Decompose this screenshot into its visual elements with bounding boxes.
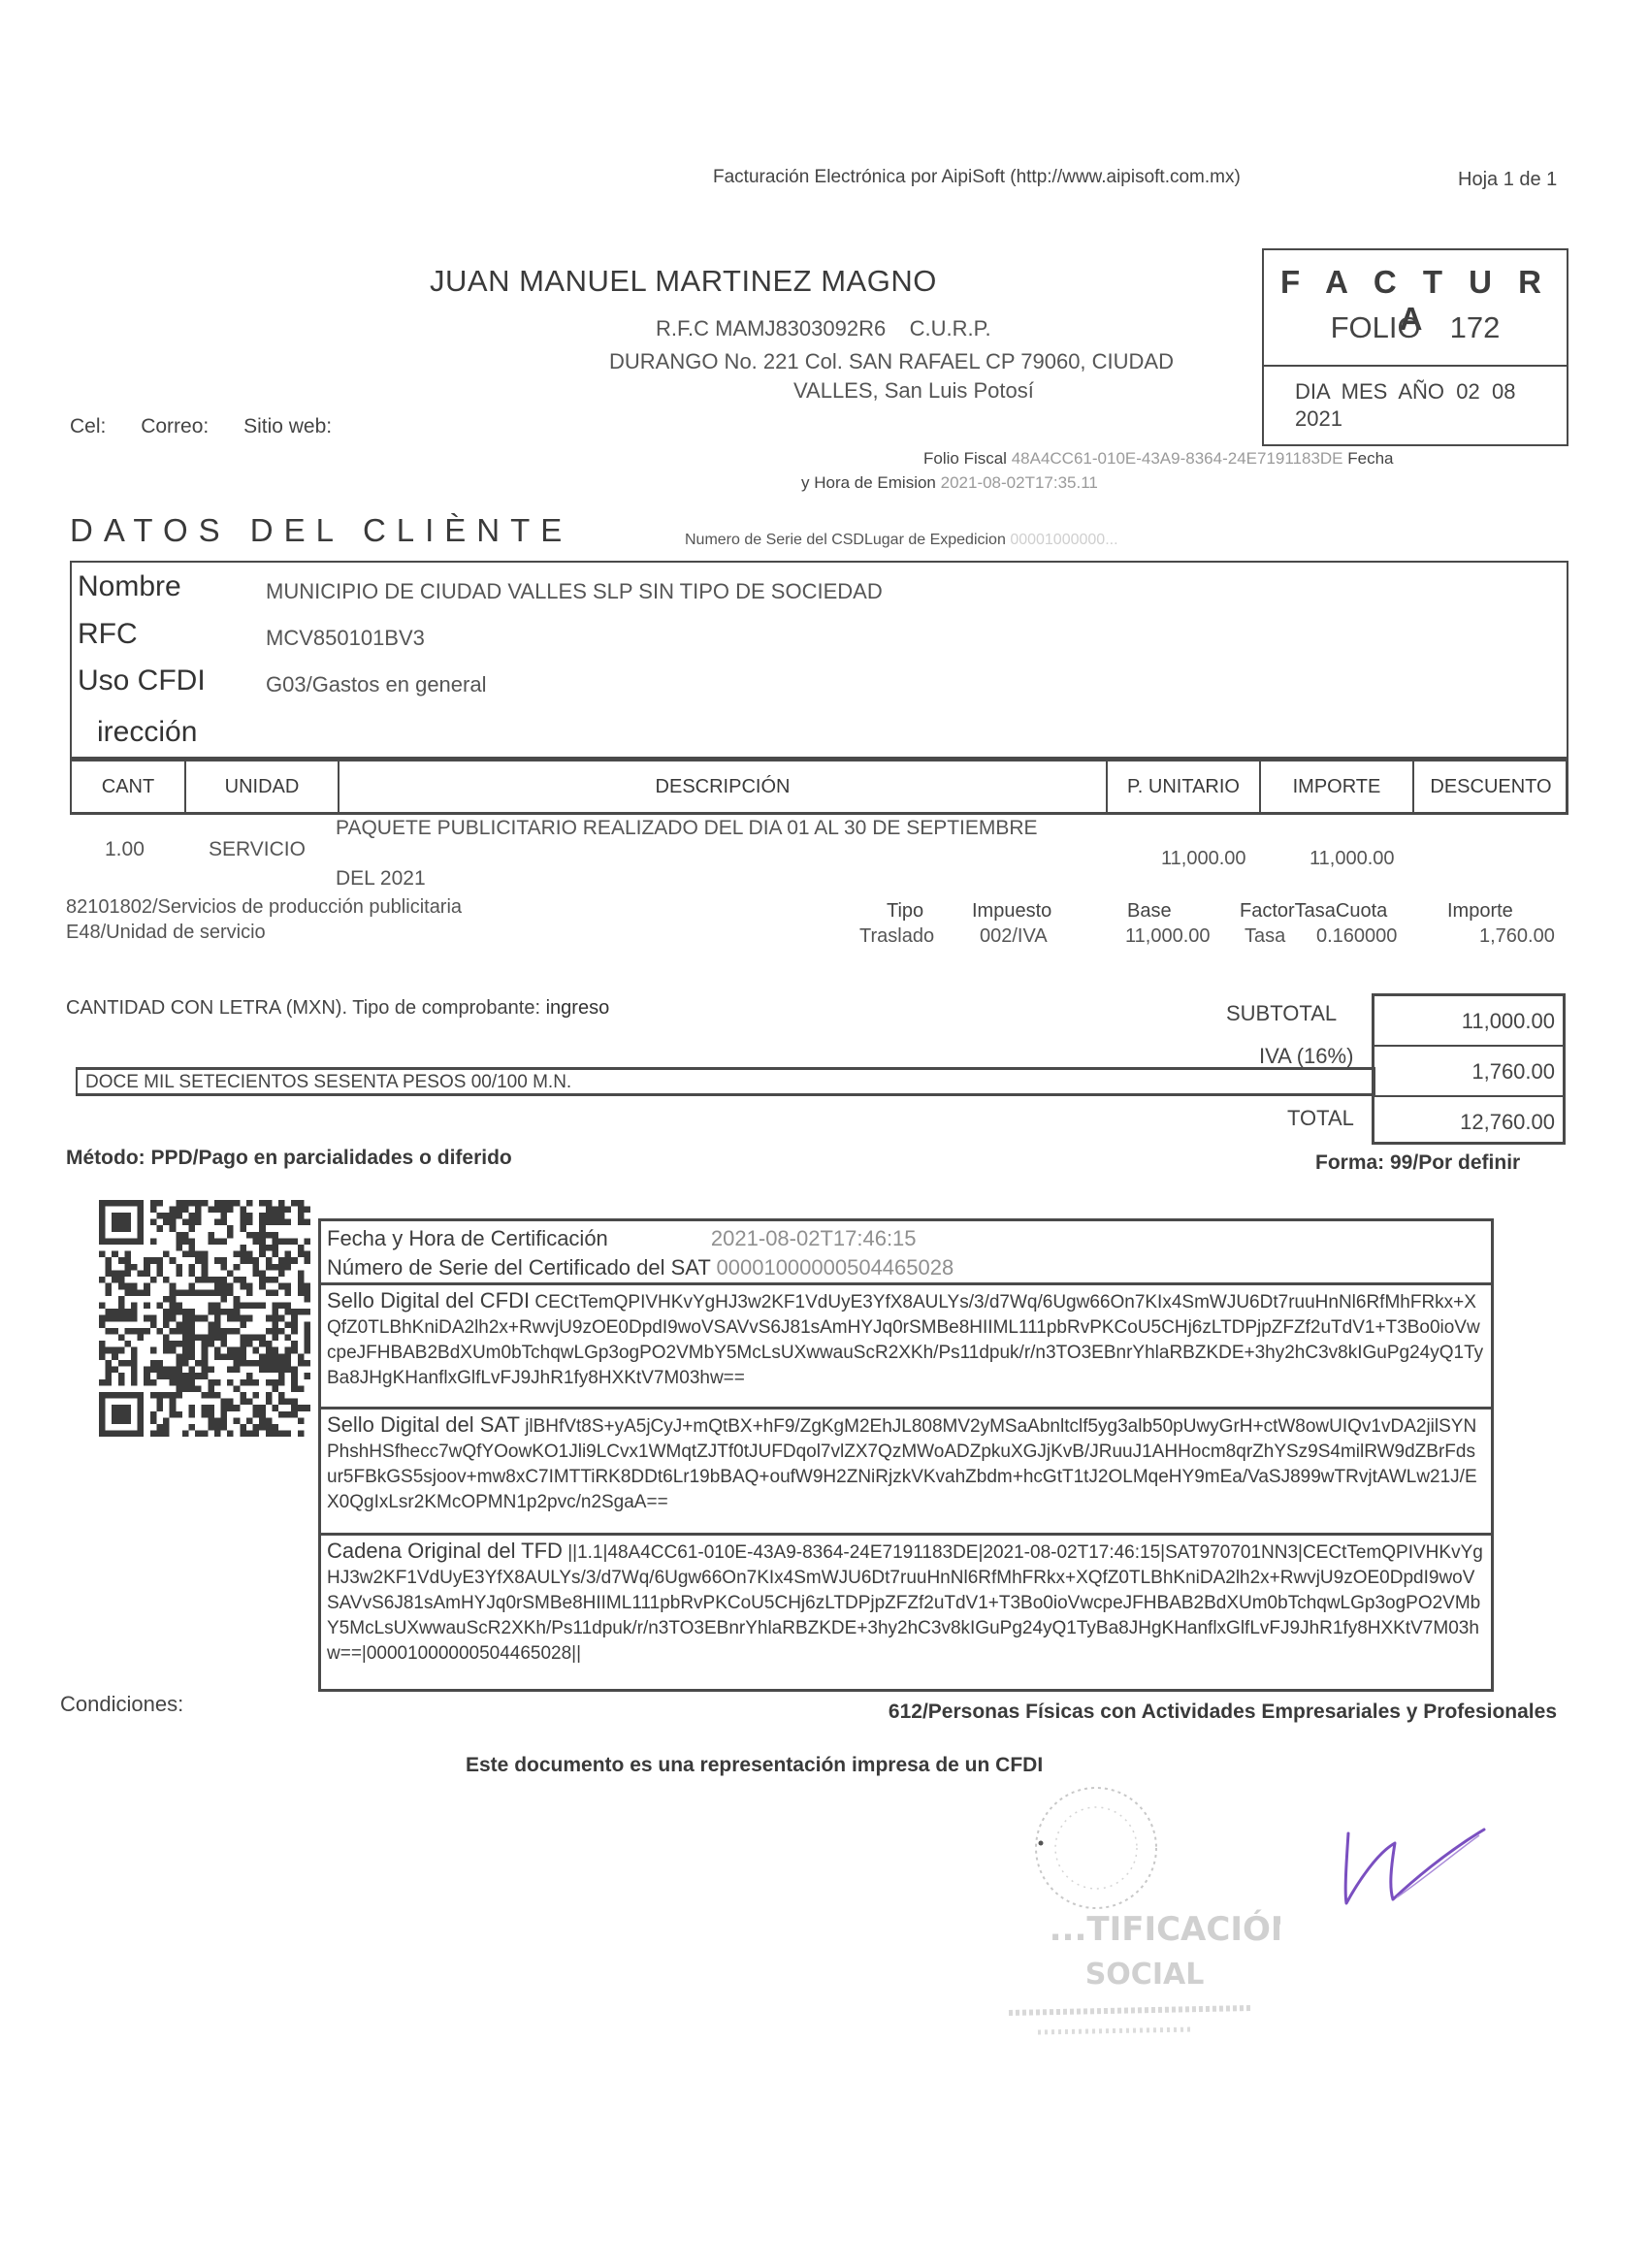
item-clave-unidad: E48/Unidad de servicio — [66, 922, 266, 944]
folio-fiscal: Folio Fiscal 48A4CC61-010E-43A9-8364-24E… — [923, 449, 1394, 469]
serie-sat-label: Número de Serie del Certificado del SAT — [327, 1255, 710, 1280]
col-p-unitario: P. UNITARIO — [1108, 761, 1261, 812]
folio-number: 172 — [1450, 310, 1501, 344]
cantidad-letra-caption: CANTIDAD CON LETRA (MXN). Tipo de compro… — [66, 997, 540, 1019]
signature — [1339, 1824, 1494, 1921]
folio-fiscal-value: 48A4CC61-010E-43A9-8364-24E7191183DE — [1012, 449, 1343, 468]
folio: FOLIO172 — [1264, 310, 1567, 345]
tax-impuesto: 002/IVA — [980, 925, 1048, 948]
tax-tipo: Traslado — [859, 925, 934, 948]
serie-csd-label: Numero de Serie del CSDLugar de Expedici… — [685, 532, 1006, 548]
issuer-rfc: R.F.C MAMJ8303092R6 C.U.R.P. — [656, 316, 991, 341]
condiciones-label: Condiciones: — [60, 1692, 183, 1717]
total-row: 12,760.00 — [1374, 1097, 1563, 1148]
tax-factor: Tasa — [1245, 925, 1285, 948]
item-p-unitario: 11,000.00 — [1161, 848, 1246, 870]
powered-by-text: Facturación Electrónica por AipiSoft (ht… — [713, 167, 1241, 188]
items-table-header: CANT UNIDAD DESCRIPCIÓN P. UNITARIO IMPO… — [70, 760, 1568, 815]
iva-label: IVA (16%) — [1259, 1044, 1353, 1069]
col-descuento: DESCUENTO — [1414, 761, 1568, 812]
sitio-web-label: Sitio web: — [243, 415, 332, 437]
cantidad-letra: DOCE MIL SETECIENTOS SESENTA PESOS 00/10… — [85, 1072, 571, 1093]
col-descripcion: DESCRIPCIÓN — [339, 761, 1108, 812]
sello-cfdi-label: Sello Digital del CFDI — [327, 1288, 530, 1312]
folio-fiscal-label: Folio Fiscal — [923, 449, 1007, 468]
tax-tasa: 0.160000 — [1316, 925, 1397, 948]
subtotal-row: 11,000.00 — [1374, 996, 1563, 1047]
correo-label: Correo: — [141, 415, 209, 437]
hora-emision-value: 2021-08-02T17:35.11 — [941, 473, 1098, 492]
col-importe: IMPORTE — [1261, 761, 1414, 812]
issuer-address-line1: DURANGO No. 221 Col. SAN RAFAEL CP 79060… — [609, 349, 1174, 374]
client-uso-cfdi: G03/Gastos en general — [266, 672, 486, 697]
fecha-cert-value: 2021-08-02T17:46:15 — [711, 1226, 917, 1250]
direccion-label: irección — [97, 716, 197, 749]
official-seal-icon: ...TIFICACIÓN SOCIAL — [999, 1775, 1280, 2066]
tax-tipo-header: Tipo — [887, 900, 923, 923]
fecha-certificacion: Fecha y Hora de Certificación 2021-08-02… — [327, 1224, 1485, 1253]
tax-base-header: Base — [1127, 900, 1172, 923]
client-rfc: MCV850101BV3 — [266, 626, 425, 651]
subtotal-label: SUBTOTAL — [1226, 1001, 1337, 1026]
svg-text:...TIFICACIÓN: ...TIFICACIÓN — [1050, 1909, 1280, 1949]
issue-date: DIA MES AÑO 02 08 2021 — [1295, 378, 1557, 433]
regimen-fiscal: 612/Personas Físicas con Actividades Emp… — [854, 1698, 1557, 1727]
item-clave-prod: 82101802/Servicios de producción publici… — [66, 896, 462, 919]
hora-emision: y Hora de Emision 2021-08-02T17:35.11 — [801, 473, 1098, 493]
total-value: 12,760.00 — [1460, 1110, 1555, 1135]
tax-importe-header: Importe — [1447, 900, 1513, 923]
sello-sat-section: Sello Digital del SAT jlBHfVt8S+yA5jCyJ+… — [321, 1409, 1491, 1536]
issuer-contact: Cel: Correo: Sitio web: — [70, 415, 361, 438]
subtotal-value: 11,000.00 — [1462, 1009, 1555, 1034]
item-cant: 1.00 — [105, 838, 145, 861]
serie-csd-value: 00001000000... — [1010, 532, 1117, 548]
uso-cfdi-label: Uso CFDI — [78, 664, 206, 697]
client-section-title: DATOS DEL CLIÈNTE — [70, 512, 572, 549]
cantidad-letra-box: DOCE MIL SETECIENTOS SESENTA PESOS 00/10… — [76, 1067, 1375, 1096]
nombre-label: Nombre — [78, 570, 181, 603]
tax-impuesto-header: Impuesto — [972, 900, 1051, 923]
sello-sat-label: Sello Digital del SAT — [327, 1412, 520, 1437]
serie-csd: Numero de Serie del CSDLugar de Expedici… — [685, 532, 1118, 549]
tfd-stamp-box: Fecha y Hora de Certificación 2021-08-02… — [318, 1218, 1494, 1692]
totals-box: 11,000.00 1,760.00 12,760.00 — [1372, 993, 1566, 1145]
tipo-comprobante: ingreso — [546, 997, 610, 1019]
qr-code — [99, 1199, 310, 1438]
cel-label: Cel: — [70, 415, 106, 437]
col-unidad: UNIDAD — [186, 761, 339, 812]
iva-value: 1,760.00 — [1471, 1059, 1555, 1085]
serie-sat-value: 00001000000504465028 — [717, 1255, 954, 1280]
fecha-label: Fecha — [1347, 449, 1393, 468]
hora-emision-label: y Hora de Emision — [801, 473, 936, 492]
tax-base: 11,000.00 — [1125, 925, 1211, 948]
issuer-name: JUAN MANUEL MARTINEZ MAGNO — [430, 264, 937, 299]
client-name: MUNICIPIO DE CIUDAD VALLES SLP SIN TIPO … — [266, 579, 883, 604]
rfc-label: RFC — [78, 618, 138, 651]
cadena-label: Cadena Original del TFD — [327, 1539, 563, 1563]
col-cant: CANT — [72, 761, 186, 812]
fecha-cert-label: Fecha y Hora de Certificación — [327, 1226, 608, 1250]
serie-certificado-sat: Número de Serie del Certificado del SAT … — [327, 1253, 1485, 1282]
item-unidad: SERVICIO — [209, 838, 306, 861]
iva-row: 1,760.00 — [1374, 1047, 1563, 1097]
tax-factor-header: FactorTasaCuota — [1240, 900, 1387, 923]
divider — [1264, 365, 1567, 367]
forma-pago: Forma: 99/Por definir — [1315, 1151, 1520, 1175]
client-box: Nombre MUNICIPIO DE CIUDAD VALLES SLP SI… — [70, 561, 1568, 760]
cadena-original-section: Cadena Original del TFD ||1.1|48A4CC61-0… — [321, 1536, 1491, 1689]
item-descripcion-2: DEL 2021 — [336, 867, 426, 891]
page-number: Hoja 1 de 1 — [1458, 169, 1557, 191]
tax-importe: 1,760.00 — [1479, 925, 1555, 948]
issuer-address-line2: VALLES, San Luis Potosí — [793, 378, 1034, 404]
item-importe: 11,000.00 — [1309, 848, 1395, 870]
sello-cfdi-section: Sello Digital del CFDI CECtTemQPIVHKvYgH… — [321, 1285, 1491, 1409]
invoice-header-box: F A C T U R A FOLIO172 DIA MES AÑO 02 08… — [1262, 248, 1568, 446]
cantidad-letra-label: CANTIDAD CON LETRA (MXN). Tipo de compro… — [66, 997, 609, 1020]
certification-section: Fecha y Hora de Certificación 2021-08-02… — [321, 1221, 1491, 1285]
cfdi-note: Este documento es una representación imp… — [466, 1754, 1043, 1777]
folio-label: FOLIO — [1331, 310, 1421, 344]
svg-text:SOCIAL: SOCIAL — [1085, 1958, 1205, 1992]
metodo-pago: Método: PPD/Pago en parcialidades o dife… — [66, 1147, 512, 1170]
total-label: TOTAL — [1287, 1106, 1354, 1131]
item-descripcion-1: PAQUETE PUBLICITARIO REALIZADO DEL DIA 0… — [336, 817, 1038, 840]
